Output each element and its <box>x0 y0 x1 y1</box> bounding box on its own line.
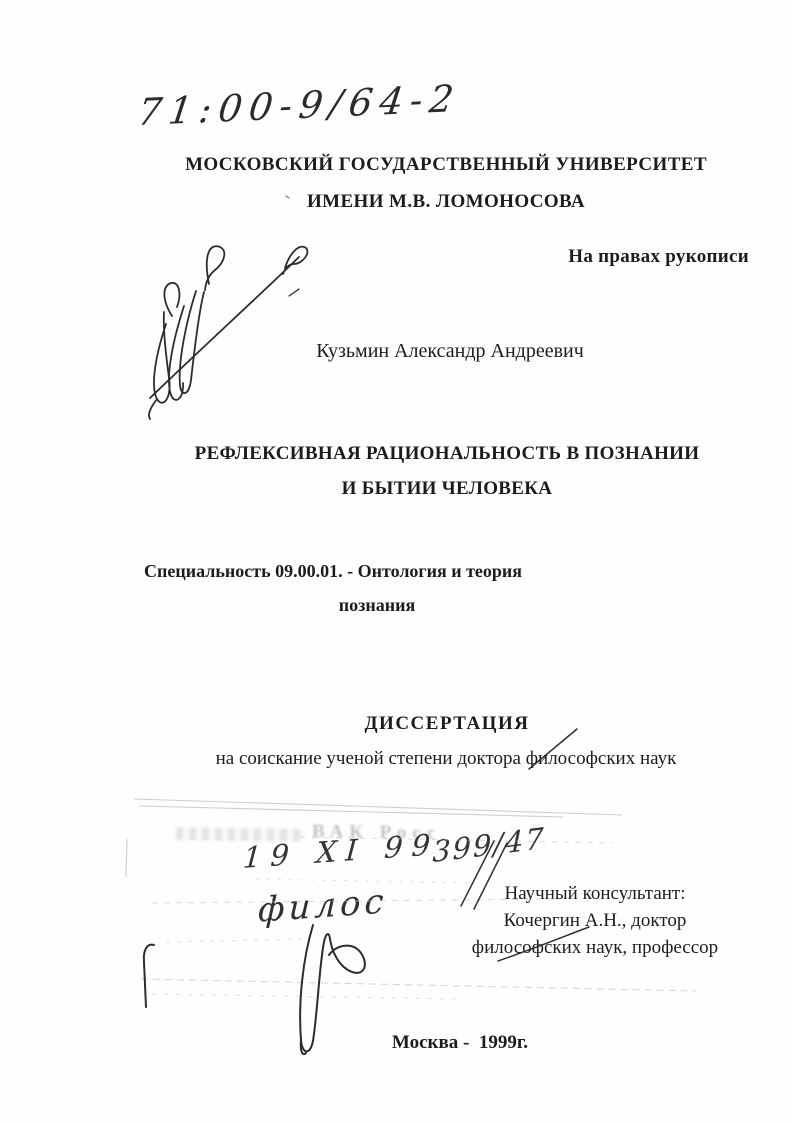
title-line1: РЕФЛЕКСИВНАЯ РАЦИОНАЛЬНОСТЬ В ПОЗНАНИИ <box>97 436 793 471</box>
dissertation-title-page: 71:00-9/64-2 МОСКОВСКИЙ ГОСУДАРСТВЕННЫЙ … <box>0 0 793 1122</box>
manuscript-note: На правах рукописи <box>568 246 749 268</box>
title-line2: И БЫТИИ ЧЕЛОВЕКА <box>97 471 793 506</box>
handwritten-stamp-note: филос <box>257 881 388 930</box>
dissertation-subheading: на соискание ученой степени доктора фило… <box>96 748 793 770</box>
bracket-mark-ink <box>144 945 154 1007</box>
university-name: МОСКОВСКИЙ ГОСУДАРСТВЕННЫЙ УНИВЕРСИТЕТ И… <box>96 146 793 220</box>
handwritten-catalog-number: 71:00-9/64-2 <box>135 77 463 134</box>
consultant-label: Научный консультант: <box>445 880 745 907</box>
author-name: Кузьмин Александр Андреевич <box>150 340 750 363</box>
dissertation-heading: ДИССЕРТАЦИЯ <box>97 713 793 735</box>
consultant-degree: философских наук, профессор <box>445 934 745 961</box>
dissertation-title: РЕФЛЕКСИВНАЯ РАЦИОНАЛЬНОСТЬ В ПОЗНАНИИ И… <box>97 436 793 506</box>
consultant-name: Кочергин А.Н., доктор <box>445 907 745 934</box>
university-line1: МОСКОВСКИЙ ГОСУДАРСТВЕННЫЙ УНИВЕРСИТЕТ <box>96 146 793 183</box>
university-line2: ИМЕНИ М.В. ЛОМОНОСОВА <box>96 183 793 220</box>
specialty-line1: Специальность 09.00.01. - Онтология и те… <box>144 561 522 582</box>
city-year: Москва - 1999г. <box>110 1032 793 1054</box>
handwritten-stamp-number: 399/47 <box>432 821 546 869</box>
consultant-block: Научный консультант: Кочергин А.Н., докт… <box>445 880 745 961</box>
author-signature-ink <box>149 246 307 419</box>
specialty-line2: познания <box>77 595 677 616</box>
